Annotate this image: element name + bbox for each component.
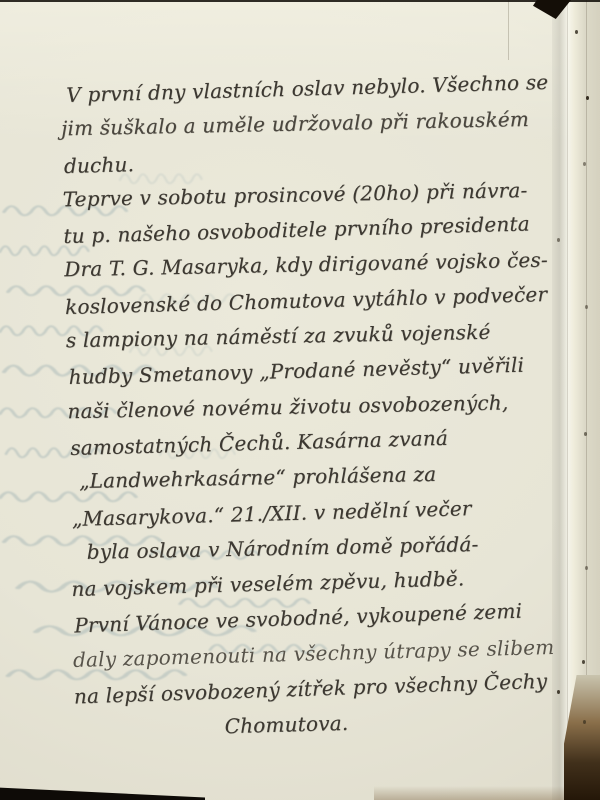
photo-top-edge — [0, 0, 600, 2]
foxing-speck — [575, 30, 578, 34]
handwritten-text: V první dny vlastních oslav nebylo. Všec… — [60, 71, 580, 753]
foxing-speck — [584, 432, 587, 436]
foxing-speck — [582, 660, 585, 664]
foxing-speck — [585, 305, 588, 309]
foxing-speck — [583, 162, 586, 166]
bottom-edge-shadow — [374, 786, 564, 800]
dark-shadow-bottom-left — [0, 786, 205, 800]
page-crease-line — [508, 0, 509, 60]
manuscript-page: V první dny vlastních oslav nebylo. Všec… — [0, 0, 600, 800]
foxing-speck — [557, 690, 560, 694]
foxing-speck — [557, 238, 560, 242]
foxing-speck — [585, 566, 588, 570]
foxing-speck — [583, 720, 586, 724]
foxing-speck — [586, 96, 589, 100]
